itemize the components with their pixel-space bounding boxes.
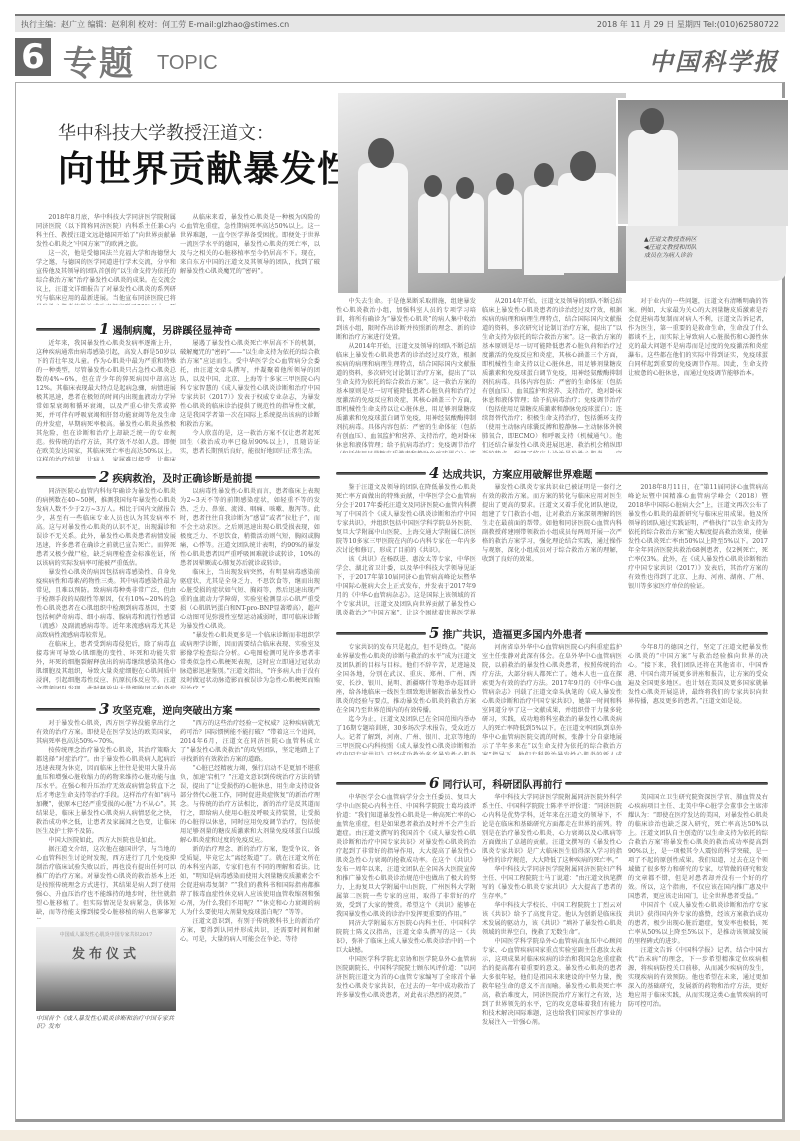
page-bottom-margin <box>0 1130 800 1141</box>
small-photo-caption: 中国首个《成人暴发性心肌炎诊断和治疗中国专家共识》发布 <box>36 1015 176 1031</box>
masthead: 6 专题 TOPIC 中国科学报 <box>15 38 785 78</box>
intro-col-2: 从临床来看，暴发性心肌炎是一种极为凶险的心血管危重症，急性期病死率高达50%以上… <box>180 213 320 305</box>
section-6-col-2: 华中科技大学同济医学院附属同济医院外科学系主任、中国科学院院士陈孝平评价道：“同… <box>482 793 622 1093</box>
section-5-col-1: 专家共识的发布只是起点，但不是终点。“提高业界暴发性心肌炎的诊断与救治的水平”成… <box>336 643 476 755</box>
section-heading-3: 3 攻坚克难，逆向突破出方案 <box>36 701 320 717</box>
section-1-col-4: 从2014年开始，汪道文及领导的团队不断总结临床上暴发性心肌炎患者的诊治经过及疗… <box>482 297 622 453</box>
photo-caption: ▲汪道文教授查病区 ◀汪道文教授和团队 成员在为病人诊治 <box>644 236 697 260</box>
section-1-col-2: 屡遇了暴发性心肌炎死亡率居高不下的机制，破解魔咒的“密码”——“以生命支持为依托… <box>180 339 320 461</box>
newspaper-logo: 中国科学报 <box>649 42 779 77</box>
section-4-col-3: 2018年8月11日，在“第11届同济心血管病高峰论坛暨中国精准心血管病学峰会（… <box>628 483 768 615</box>
section-1-col-1: 近年来，我国暴发性心肌炎发病率逐渐上升，这种疾病通常由病毒感染引起，高发人群是5… <box>36 339 176 461</box>
section-3-col-1: 对于暴发性心肌炎，西方医学界没能拿出行之有效的治疗方案。即使是在医学发达的欧美国… <box>36 719 176 919</box>
photo-professor <box>616 98 790 226</box>
section-1-col-5: 对于业内的一些问题，汪道文有清晰明确的答案。例如，大家最为关心的大剂量糖皮质激素… <box>628 297 768 453</box>
section-heading-4: 4 达成共识，方案应用破解世界难题 <box>336 465 768 481</box>
section-heading-5: 5 推广共识，造福更多国内外患者 <box>336 625 768 641</box>
section-5-col-2: 河南省阜外华中心血管病医院心内科重症监护室主任张静对此深有体会。在阜外华中心血管… <box>482 643 622 755</box>
section-title-en: TOPIC <box>157 52 218 75</box>
section-1-col-3: 中失去生命。于是他果断采取措施，组建暴发性心肌炎救治小组，加强科室人员的专项学习… <box>336 297 476 453</box>
photo-caption-box: ▲汪道文教授查病区 ◀汪道文教授和团队 成员在为病人诊治 <box>626 226 786 281</box>
header-bar: 执行主编：赵广立 编辑：赵利利 校对：何工劳 E-mail:glzhao@sti… <box>15 14 785 32</box>
section-6-col-3: 美国国立卫生研究院资深医学官、肺血管及右心疾病项目主任、北美中华心脏学会董事会主… <box>628 793 768 1093</box>
section-3-col-2: “西方的这些治疗经验一定权威？这种疾病就无药可治？国际惯例能不能打破？”带着这三… <box>180 719 320 1089</box>
section-4-col-2: 暴发性心肌炎专家共识业已被证明是一套行之有效的救治方案。而方案的转化与临床应用对… <box>482 483 622 615</box>
date-tel: 2018 年 11 月 29 日 星期四 Tel:(010)62580722 <box>597 19 779 30</box>
section-5-col-3: 今年8月的德国之行，坚定了汪道文把暴发性心肌炎的“中国方案”与救治经验推向世界的… <box>628 643 768 755</box>
page-number: 6 <box>15 38 51 76</box>
photo-release-ceremony: 中国成人暴发性心肌炎中国专家共识2017 发布仪式 <box>36 927 176 1011</box>
section-6-col-1: 中华医学会心血管病学分会主任委员、复旦大学中山医院心内科主任、中国科学院院士葛均… <box>336 793 476 1093</box>
section-heading-6: 6 同行认可，科研团队再前行 <box>336 775 768 791</box>
intro-col-1: 2018年8月底，华中科技大学同济医学院附属同济医院（以下简称同济医院）内科系主… <box>36 213 176 305</box>
section-title: 专题 <box>63 36 135 85</box>
section-heading-1: 1 遏制病魔，另辟蹊径显神奇 <box>36 321 320 337</box>
section-heading-2: 2 疾病救治，及时正确诊断是前提 <box>36 469 320 485</box>
section-2-col-1: 同济医院心血管内科每年确诊为暴发性心肌炎的病例数在40~50例，推测我国每年暴发… <box>36 487 176 689</box>
photo-doctors-ward <box>338 93 626 293</box>
article-frame: 华中科技大学教授汪道文： 向世界贡献暴发性心肌炎救治之“中国方案” ■本报记者 … <box>15 82 785 1122</box>
editor-credits: 执行主编：赵广立 编辑：赵利利 校对：何工劳 E-mail:glzhao@sti… <box>21 19 289 30</box>
section-2-col-2: 以病毒性暴发性心肌炎而言，患者临床上表现为2~3天不等的前期感染症状，如轻重不等… <box>180 487 320 689</box>
section-4-col-1: 鉴于汪道文及领导的团队在降低暴发性心肌炎死亡率方面做出的特殊贡献，中华医学会心血… <box>336 483 476 615</box>
